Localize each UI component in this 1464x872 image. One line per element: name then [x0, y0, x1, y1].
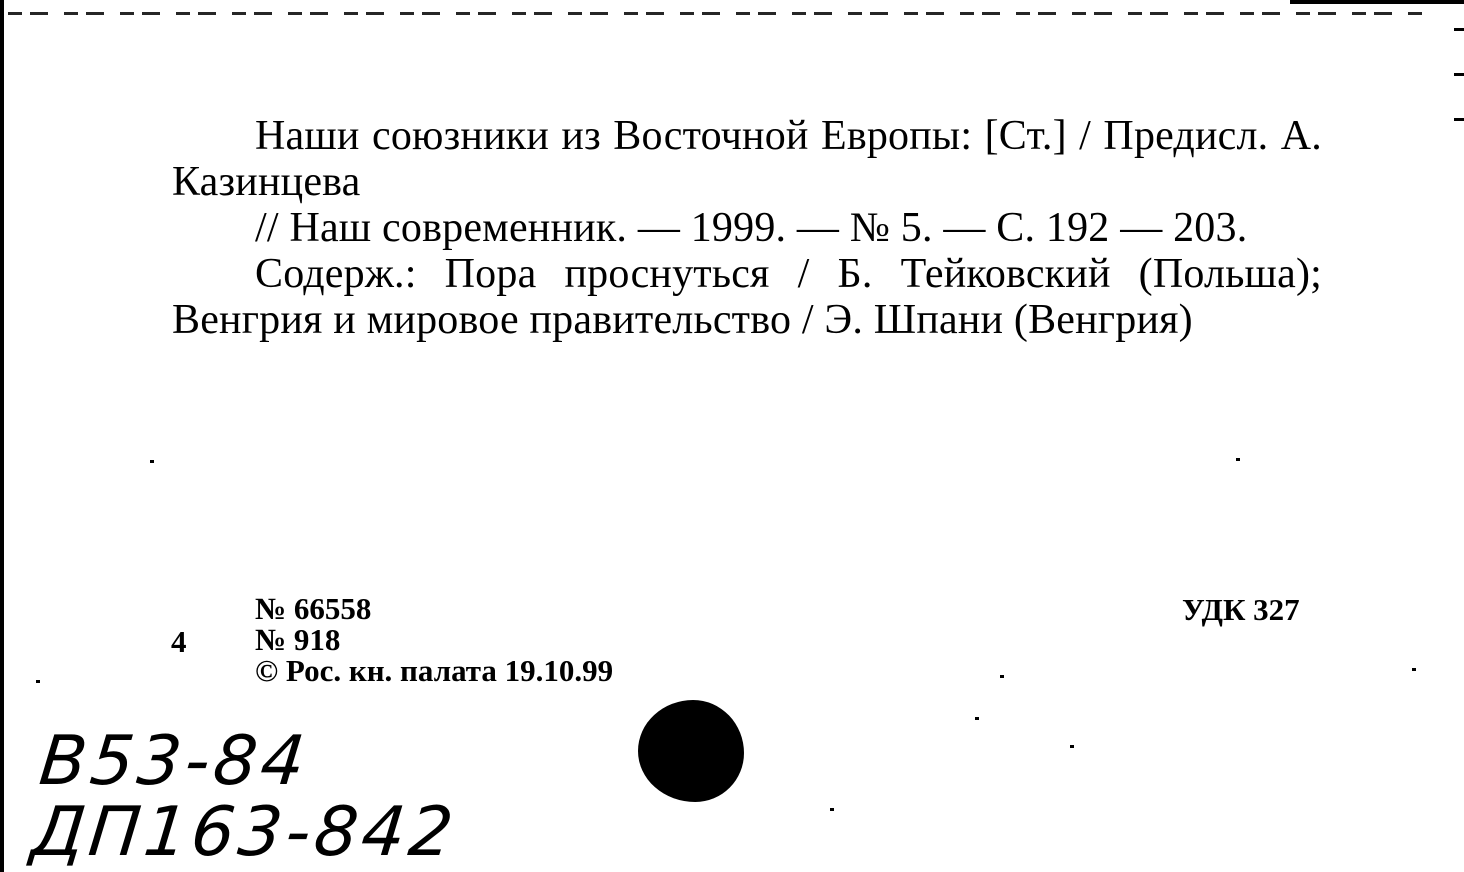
scan-speck	[830, 808, 834, 811]
bibliographic-description: Наши союзники из Восточной Европы: [Ст.]…	[172, 113, 1322, 343]
scan-speck	[975, 717, 979, 720]
scan-edge-top	[1290, 0, 1464, 4]
punch-hole	[638, 700, 744, 802]
registration-number: № 66558	[255, 593, 613, 624]
copyright-line: © Рос. кн. палата 19.10.99	[255, 655, 613, 686]
contents-paragraph: Содерж.: Пора проснуться / Б. Тейковский…	[172, 251, 1322, 343]
scan-speck	[1000, 675, 1004, 678]
udk-code: УДК 327	[1182, 592, 1300, 628]
source-paragraph: // Наш современник. — 1999. — № 5. — С. …	[172, 205, 1322, 251]
handwritten-shelfmark: ДП163-842	[28, 793, 461, 872]
registration-number: № 918	[255, 624, 613, 655]
title-paragraph: Наши союзники из Восточной Европы: [Ст.]…	[172, 113, 1322, 205]
handwritten-shelfmark: В53-84	[36, 722, 313, 801]
page-number: 4	[171, 624, 187, 660]
scan-speck	[1070, 745, 1074, 748]
scan-speck	[1236, 458, 1240, 461]
scan-speck	[150, 460, 154, 463]
scan-noise-top	[8, 12, 1428, 15]
scan-tick	[1454, 118, 1464, 121]
scan-edge-left	[0, 0, 4, 872]
scan-tick	[1454, 28, 1464, 31]
scan-speck	[1412, 668, 1416, 671]
catalog-card: Наши союзники из Восточной Европы: [Ст.]…	[0, 0, 1464, 872]
scan-tick	[1454, 73, 1464, 76]
registration-block: № 66558 № 918 © Рос. кн. палата 19.10.99	[255, 593, 613, 686]
scan-speck	[36, 680, 40, 683]
